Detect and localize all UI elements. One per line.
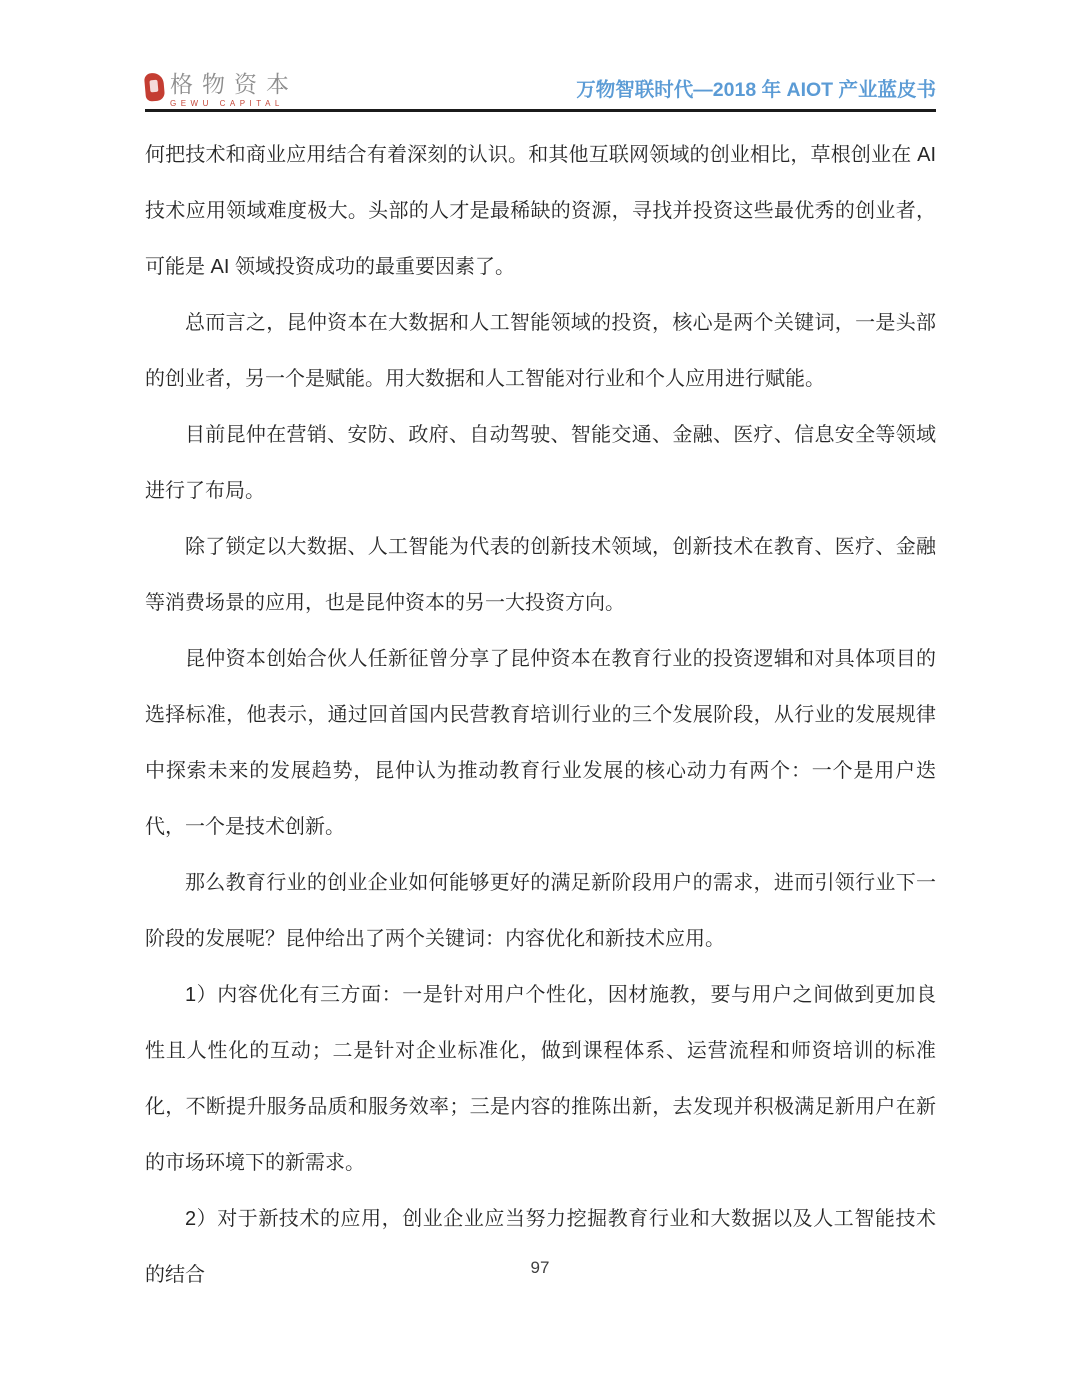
seal-icon bbox=[144, 72, 165, 102]
document-body: 何把技术和商业应用结合有着深刻的认识。和其他互联网领域的创业相比，草根创业在 A… bbox=[145, 113, 936, 1303]
document-page: 格物资本 GEWU CAPITAL 万物智联时代—2018 年 AIOT 产业蓝… bbox=[0, 0, 1080, 1397]
page-number: 97 bbox=[531, 1258, 550, 1277]
paragraph-6: 那么教育行业的创业企业如何能够更好的满足新阶段用户的需求，进而引领行业下一阶段的… bbox=[145, 855, 936, 967]
paragraph-3: 目前昆仲在营销、安防、政府、自动驾驶、智能交通、金融、医疗、信息安全等领域进行了… bbox=[145, 407, 936, 519]
page-footer: 97 bbox=[0, 1258, 1080, 1278]
paragraph-7: 1）内容优化有三方面：一是针对用户个性化，因材施教，要与用户之间做到更加良性且人… bbox=[145, 967, 936, 1191]
header-title: 万物智联时代—2018 年 AIOT 产业蓝皮书 bbox=[576, 78, 936, 108]
logo: 格物资本 GEWU CAPITAL bbox=[145, 71, 298, 108]
paragraph-1: 何把技术和商业应用结合有着深刻的认识。和其他互联网领域的创业相比，草根创业在 A… bbox=[145, 127, 936, 295]
logo-text-block: 格物资本 GEWU CAPITAL bbox=[170, 71, 298, 108]
paragraph-2: 总而言之，昆仲资本在大数据和人工智能领域的投资，核心是两个关键词，一是头部的创业… bbox=[145, 295, 936, 407]
page-header: 格物资本 GEWU CAPITAL 万物智联时代—2018 年 AIOT 产业蓝… bbox=[145, 62, 936, 108]
paragraph-8: 2）对于新技术的应用，创业企业应当努力挖掘教育行业和大数据以及人工智能技术的结合 bbox=[145, 1191, 936, 1303]
paragraph-5: 昆仲资本创始合伙人任新征曾分享了昆仲资本在教育行业的投资逻辑和对具体项目的选择标… bbox=[145, 631, 936, 855]
logo-subtext: GEWU CAPITAL bbox=[170, 99, 298, 108]
header-divider bbox=[145, 109, 936, 112]
paragraph-4: 除了锁定以大数据、人工智能为代表的创新技术领域，创新技术在教育、医疗、金融等消费… bbox=[145, 519, 936, 631]
logo-text: 格物资本 bbox=[170, 71, 298, 97]
